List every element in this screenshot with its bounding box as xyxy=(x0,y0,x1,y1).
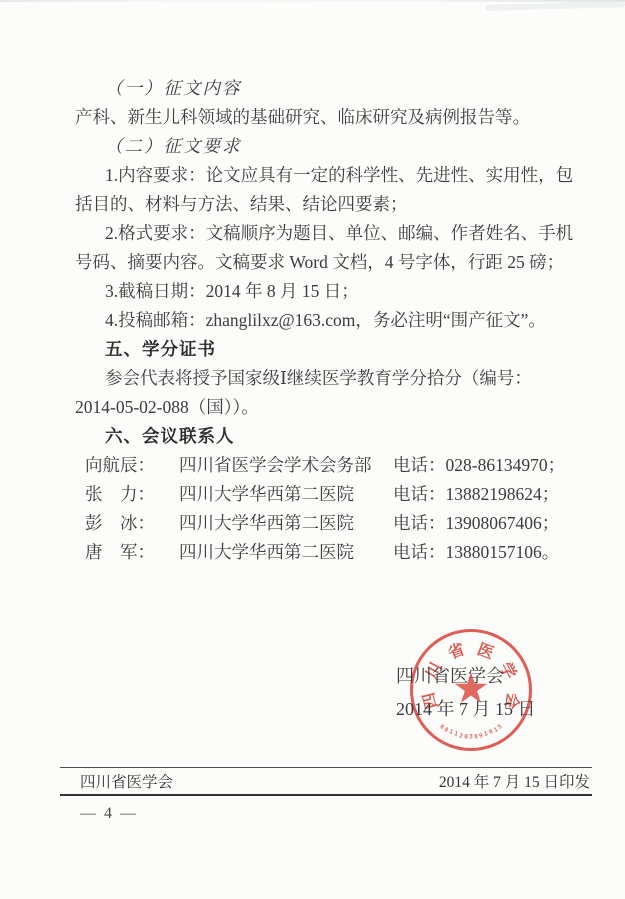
contact-phone: 电话：13882198624； xyxy=(393,480,559,509)
item3-deadline: 3.截稿日期：2014 年 8 月 15 日； xyxy=(75,277,587,306)
footer-bottom-rule xyxy=(60,794,592,796)
contact-row: 向航辰： 四川省医学会学术会务部 电话：028-86134970； xyxy=(75,451,587,480)
scan-edge-artifact xyxy=(0,0,625,2)
section6-heading: 六、会议联系人 xyxy=(75,422,587,451)
section1-body: 产科、新生儿科领域的基础研究、临床研究及病例报告等。 xyxy=(75,103,587,132)
item1-line1: 1.内容要求：论文应具有一定的科学性、先进性、实用性，包 xyxy=(75,161,587,190)
contact-org: 四川大学华西第二医院 xyxy=(179,538,393,567)
document-body: （一）征文内容 产科、新生儿科领域的基础研究、临床研究及病例报告等。 （二）征文… xyxy=(75,74,587,567)
contact-org: 四川省医学会学术会务部 xyxy=(179,451,393,480)
item4-email: 4.投稿邮箱：zhanglilxz@163.com，务必注明“围产征文”。 xyxy=(75,306,587,335)
section1-heading: （一）征文内容 xyxy=(75,74,587,103)
contact-row: 彭 冰： 四川大学华西第二医院 电话：13908067406； xyxy=(75,509,587,538)
scan-streak-artifact xyxy=(485,1,625,11)
footer-issuer: 四川省医学会 xyxy=(80,770,173,792)
credit-line2: 2014-05-02-088（国））。 xyxy=(75,393,587,422)
contact-row: 唐 军： 四川大学华西第二医院 电话：13880157106。 xyxy=(75,538,587,567)
contact-name: 彭 冰： xyxy=(85,509,179,538)
scanned-document-page: （一）征文内容 产科、新生儿科领域的基础研究、临床研究及病例报告等。 （二）征文… xyxy=(0,0,625,899)
section2-heading: （二）征文要求 xyxy=(75,132,587,161)
item2-line1: 2.格式要求：文稿顺序为题目、单位、邮编、作者姓名、手机 xyxy=(75,219,587,248)
contact-name: 张 力： xyxy=(85,480,179,509)
item2-line2: 号码、摘要内容。文稿要求 Word 文档，4 号字体，行距 25 磅； xyxy=(75,248,587,277)
footer-print-date: 2014 年 7 月 15 日印发 xyxy=(439,770,590,792)
contact-phone: 电话：13880157106。 xyxy=(393,538,559,567)
footer-imprint: 四川省医学会 2014 年 7 月 15 日印发 xyxy=(60,767,592,796)
contact-name: 唐 军： xyxy=(85,538,179,567)
contact-phone: 电话：028-86134970； xyxy=(393,451,565,480)
item1-line2: 括目的、材料与方法、结果、结论四要素； xyxy=(75,190,587,219)
signature-date: 2014 年 7 月 15 日 xyxy=(396,693,536,726)
contact-phone: 电话：13908067406； xyxy=(393,509,559,538)
contact-org: 四川大学华西第二医院 xyxy=(179,509,393,538)
page-number: — 4 — xyxy=(80,805,138,823)
contact-name: 向航辰： xyxy=(85,451,179,480)
credit-line1: 参会代表将授予国家级Ⅰ继续医学教育学分拾分（编号： xyxy=(75,364,587,393)
signature-org: 四川省医学会 xyxy=(396,660,536,693)
signature-block: 四川省医学会 2014 年 7 月 15 日 xyxy=(396,660,536,726)
contact-org: 四川大学华西第二医院 xyxy=(179,480,393,509)
contact-row: 张 力： 四川大学华西第二医院 电话：13882198624； xyxy=(75,480,587,509)
section5-heading: 五、学分证书 xyxy=(75,335,587,364)
